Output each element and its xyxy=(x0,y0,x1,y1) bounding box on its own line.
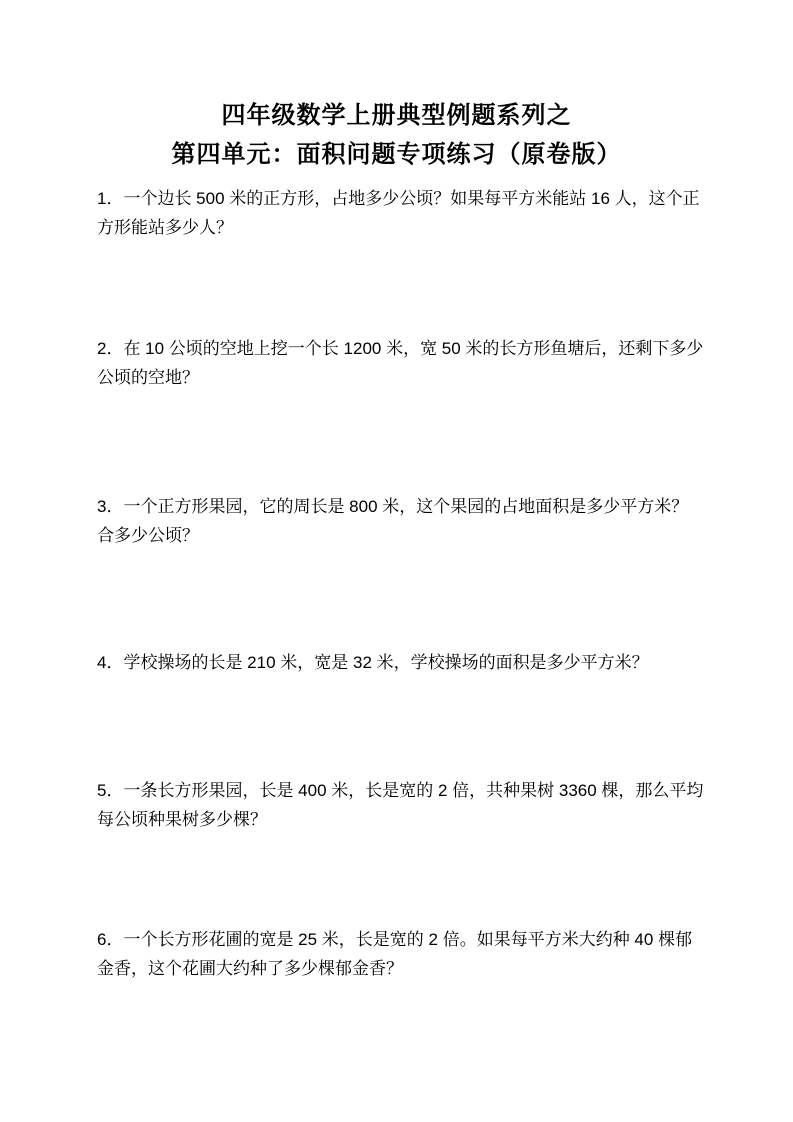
problem-6-line-2: 金香，这个花圃大约种了多少棵郁金香？ xyxy=(97,954,733,983)
worksheet-title-line2: 第四单元：面积问题专项练习（原卷版） xyxy=(0,135,793,174)
problem-5-line-2: 每公顷种果树多少棵？ xyxy=(97,805,733,834)
problem-1-line-1: 1．一个边长 500 米的正方形，占地多少公顷？如果每平方米能站 16 人，这个… xyxy=(97,184,733,213)
problem-2: 2．在 10 公顷的空地上挖一个长 1200 米，宽 50 米的长方形鱼塘后，还… xyxy=(97,334,733,392)
problem-3-line-1: 3．一个正方形果园，它的周长是 800 米，这个果园的占地面积是多少平方米？ xyxy=(97,492,733,521)
problem-3: 3．一个正方形果园，它的周长是 800 米，这个果园的占地面积是多少平方米？ 合… xyxy=(97,492,733,550)
problem-4: 4．学校操场的长是 210 米，宽是 32 米，学校操场的面积是多少平方米？ xyxy=(97,648,733,677)
problem-5-line-1: 5．一条长方形果园，长是 400 米，长是宽的 2 倍，共种果树 3360 棵，… xyxy=(97,776,733,805)
problem-1-line-2: 方形能站多少人？ xyxy=(97,213,733,242)
problem-6: 6．一个长方形花圃的宽是 25 米，长是宽的 2 倍。如果每平方米大约种 40 … xyxy=(97,925,733,983)
worksheet-page: 四年级数学上册典型例题系列之 第四单元：面积问题专项练习（原卷版） 1．一个边长… xyxy=(0,0,793,1122)
problem-5: 5．一条长方形果园，长是 400 米，长是宽的 2 倍，共种果树 3360 棵，… xyxy=(97,776,733,834)
worksheet-title-line1: 四年级数学上册典型例题系列之 xyxy=(0,96,793,135)
problem-3-line-2: 合多少公顷？ xyxy=(97,521,733,550)
problem-6-line-1: 6．一个长方形花圃的宽是 25 米，长是宽的 2 倍。如果每平方米大约种 40 … xyxy=(97,925,733,954)
problem-4-line-1: 4．学校操场的长是 210 米，宽是 32 米，学校操场的面积是多少平方米？ xyxy=(97,648,733,677)
problem-1: 1．一个边长 500 米的正方形，占地多少公顷？如果每平方米能站 16 人，这个… xyxy=(97,184,733,242)
worksheet-title: 四年级数学上册典型例题系列之 第四单元：面积问题专项练习（原卷版） xyxy=(0,96,793,174)
problem-2-line-2: 公顷的空地？ xyxy=(97,363,733,392)
problem-2-line-1: 2．在 10 公顷的空地上挖一个长 1200 米，宽 50 米的长方形鱼塘后，还… xyxy=(97,334,733,363)
